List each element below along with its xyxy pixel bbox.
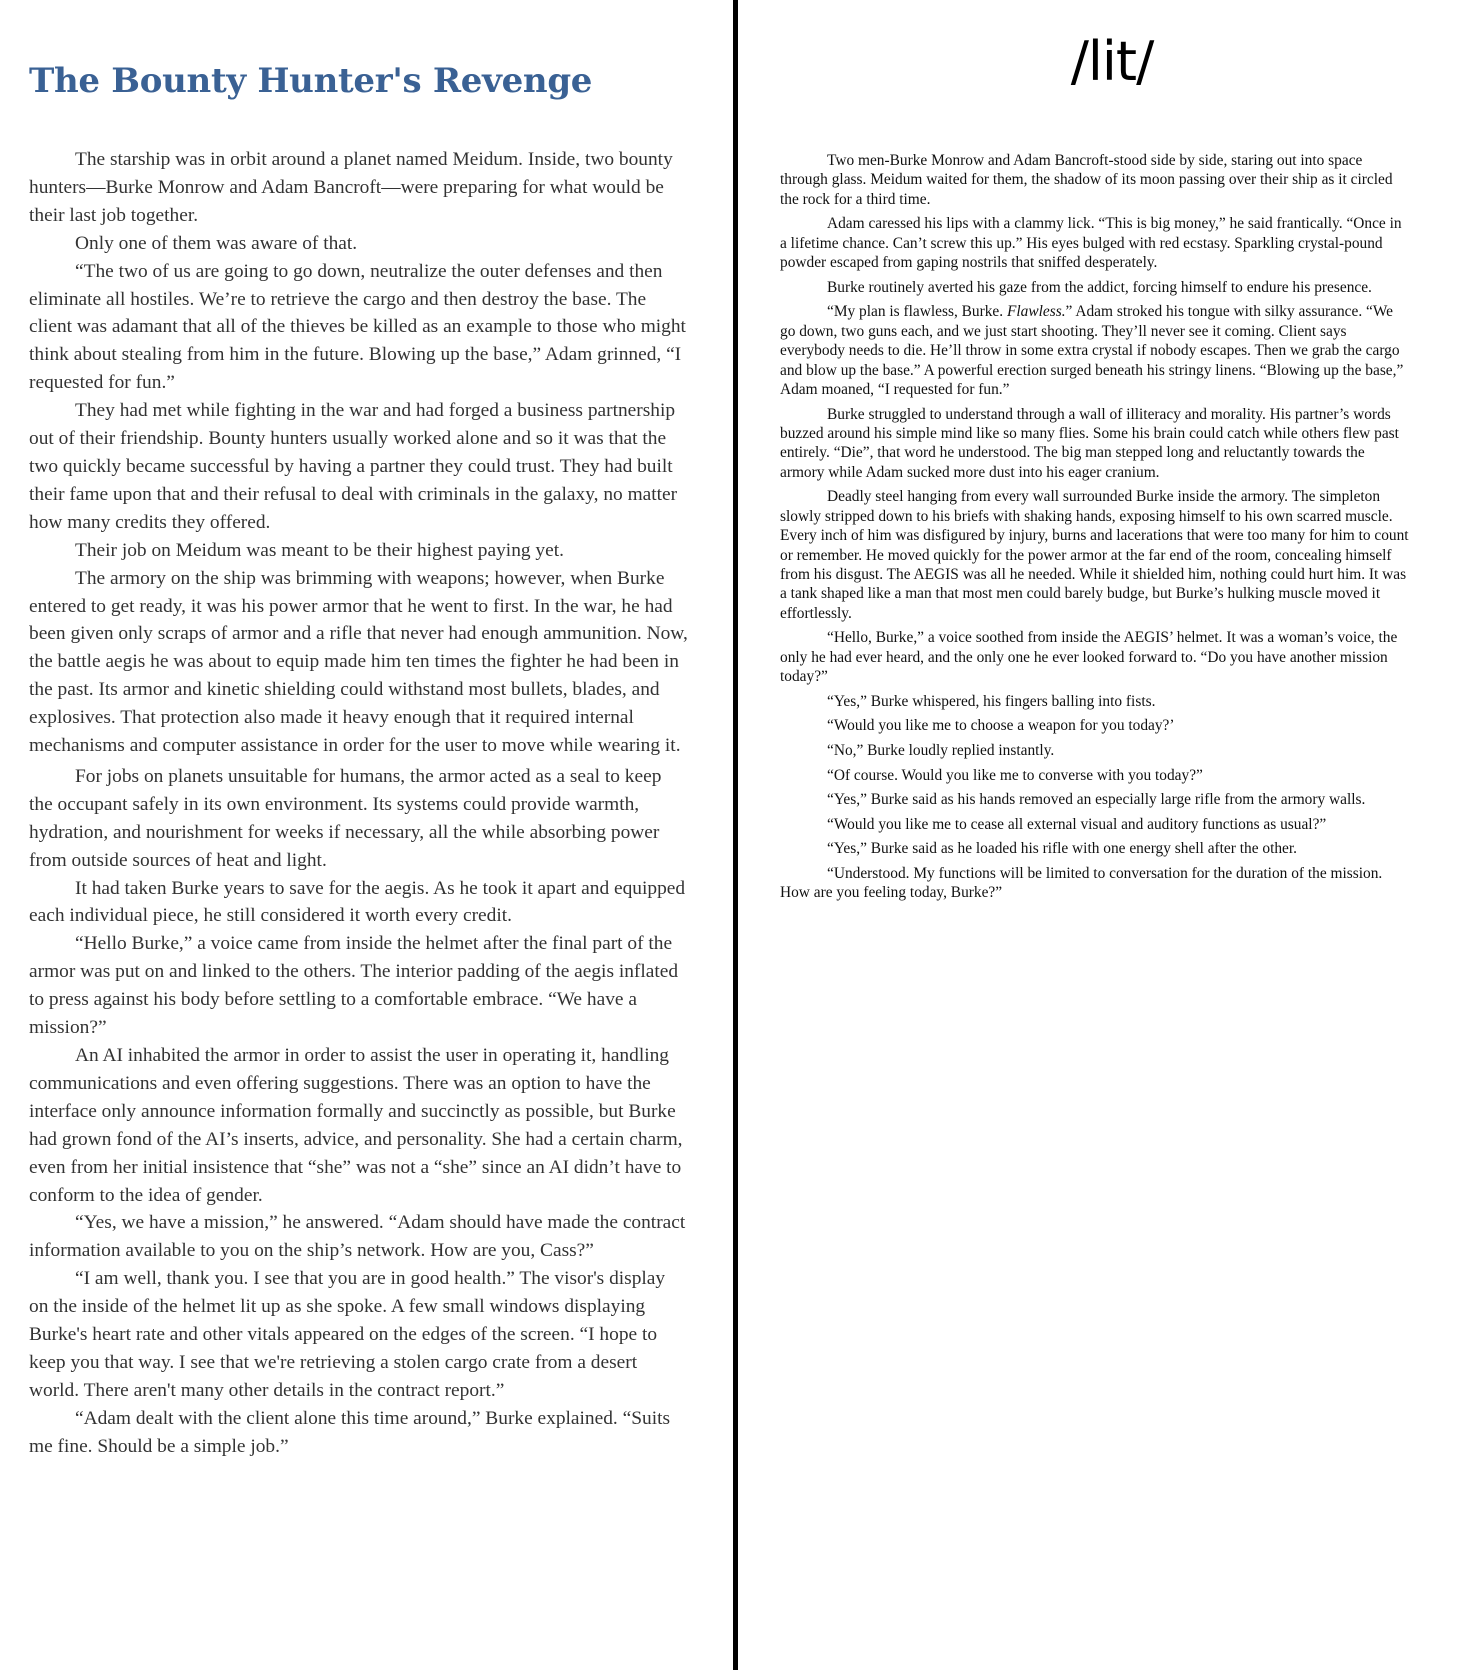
paragraph: “Yes,” Burke said as he loaded his rifle… [780,839,1410,858]
paragraph: “My plan is flawless, Burke. Flawless.” … [780,302,1410,399]
paragraph: “Of course. Would you like me to convers… [780,766,1410,785]
paragraph: Their job on Meidum was meant to be thei… [29,537,689,565]
paragraph: They had met while fighting in the war a… [29,397,689,537]
paragraph: “Hello, Burke,” a voice soothed from ins… [780,628,1410,686]
story-title: The Bounty Hunter's Revenge [29,61,592,101]
paragraph: “Would you like me to cease all external… [780,815,1410,834]
paragraph: “The two of us are going to go down, neu… [29,258,689,398]
paragraph: “Yes,” Burke whispered, his fingers ball… [780,692,1410,711]
paragraph: Burke struggled to understand through a … [780,405,1410,483]
board-title: /lit/ [738,30,1466,93]
right-page: /lit/ Two men-Burke Monrow and Adam Banc… [738,0,1466,1670]
paragraph: “Adam dealt with the client alone this t… [29,1405,689,1461]
left-page: The Bounty Hunter's Revenge The starship… [0,0,733,1670]
paragraph: Only one of them was aware of that. [29,230,689,258]
paragraph: Two men-Burke Monrow and Adam Bancroft-s… [780,151,1410,209]
paragraph: Burke routinely averted his gaze from th… [780,278,1410,297]
paragraph: “No,” Burke loudly replied instantly. [780,741,1410,760]
paragraph: “Hello Burke,” a voice came from inside … [29,930,689,1042]
paragraph: The starship was in orbit around a plane… [29,146,689,230]
text-run: “My plan is flawless, Burke. [827,303,1007,320]
paragraph: “Yes,” Burke said as his hands removed a… [780,790,1410,809]
paragraph: An AI inhabited the armor in order to as… [29,1042,689,1209]
story-body: The starship was in orbit around a plane… [29,146,689,1461]
paragraph: “I am well, thank you. I see that you ar… [29,1265,689,1405]
paragraph: “Would you like me to choose a weapon fo… [780,716,1410,735]
emphasis: Flawless. [1007,303,1066,320]
paragraph: Adam caressed his lips with a clammy lic… [780,214,1410,272]
paragraph: It had taken Burke years to save for the… [29,875,689,931]
paragraph: Deadly steel hanging from every wall sur… [780,487,1410,623]
paragraph: The armory on the ship was brimming with… [29,565,689,760]
paragraph: For jobs on planets unsuitable for human… [29,763,689,875]
parody-body: Two men-Burke Monrow and Adam Bancroft-s… [780,151,1410,908]
paragraph: “Understood. My functions will be limite… [780,864,1410,903]
paragraph: “Yes, we have a mission,” he answered. “… [29,1209,689,1265]
